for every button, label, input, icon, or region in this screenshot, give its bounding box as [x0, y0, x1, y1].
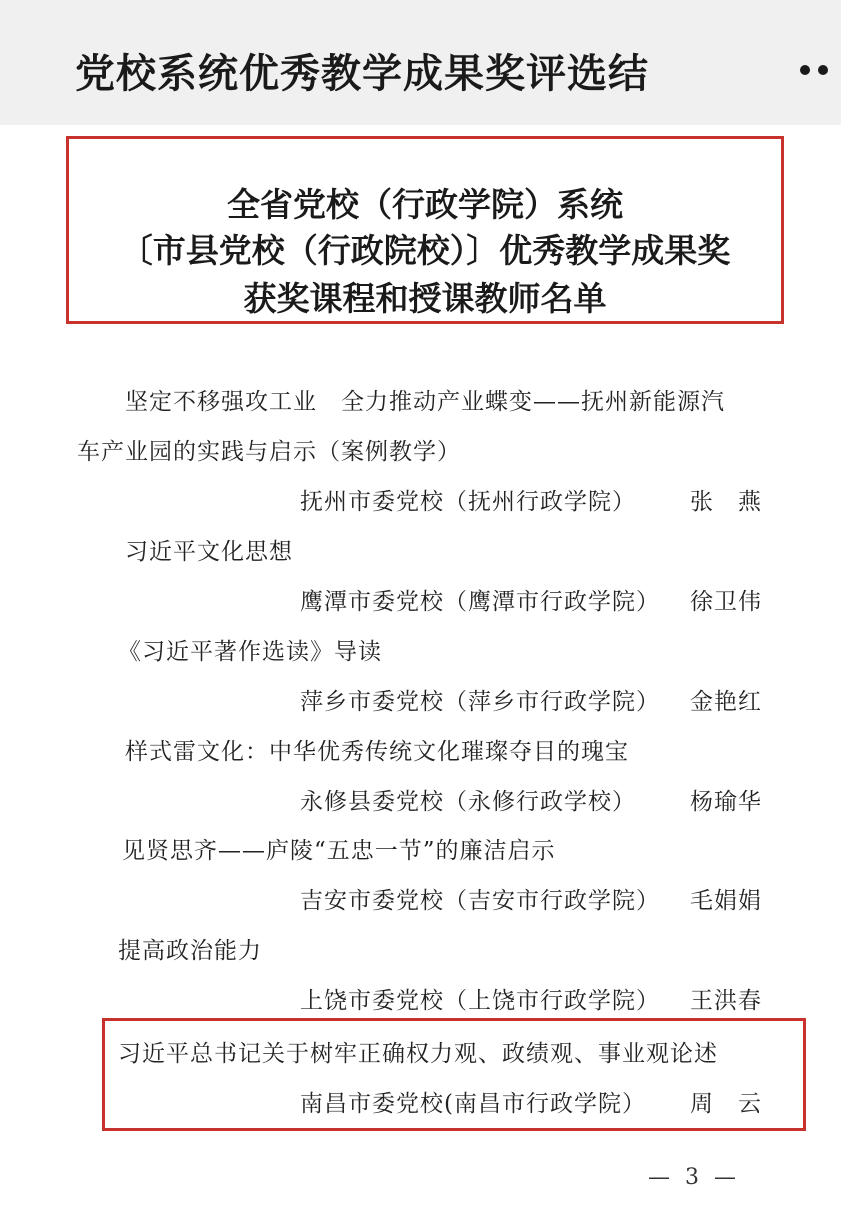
- teacher-name: 张 燕: [652, 483, 762, 516]
- teacher-name: 王洪春: [652, 982, 762, 1015]
- school-name: 南昌市委党校(南昌市行政学院）: [300, 1085, 646, 1118]
- school-name: 永修县委党校（永修行政学校）: [300, 783, 636, 816]
- course-title-continued: 车产业园的实践与启示（案例教学）: [77, 433, 461, 466]
- school-name: 萍乡市委党校（萍乡市行政学院）: [300, 683, 660, 716]
- course-title: 样式雷文化：中华优秀传统文化璀璨夺目的瑰宝: [125, 733, 629, 766]
- teacher-name: 金艳红: [652, 683, 762, 716]
- article-header: 党校系统优秀教学成果奖评选结: [0, 0, 841, 125]
- course-title: 《习近平著作选读》导读: [118, 633, 382, 666]
- document-page: 全省党校（行政学院）系统 〔市县党校（行政院校）〕优秀教学成果奖 获奖课程和授课…: [0, 125, 841, 1211]
- school-name: 鹰潭市委党校（鹰潭市行政学院）: [300, 583, 660, 616]
- more-dots-icon: [818, 65, 828, 75]
- document-title-line-1: 全省党校（行政学院）系统: [69, 179, 781, 226]
- article-title: 党校系统优秀教学成果奖评选结: [75, 42, 755, 99]
- school-name: 抚州市委党校（抚州行政学院）: [300, 483, 636, 516]
- course-title: 见贤思齐——庐陵“五忠一节”的廉洁启示: [122, 832, 556, 865]
- school-name: 上饶市委党校（上饶市行政学院）: [300, 982, 660, 1015]
- teacher-name: 徐卫伟: [652, 583, 762, 616]
- teacher-name: 毛娟娟: [652, 882, 762, 915]
- document-title-box: 全省党校（行政学院）系统 〔市县党校（行政院校）〕优秀教学成果奖 获奖课程和授课…: [66, 136, 784, 324]
- teacher-name: 周 云: [652, 1085, 762, 1118]
- document-title-line-3: 获奖课程和授课教师名单: [69, 273, 781, 320]
- more-options-button[interactable]: [800, 58, 841, 82]
- teacher-name: 杨瑜华: [652, 783, 762, 816]
- course-title: 坚定不移强攻工业 全力推动产业蝶变——抚州新能源汽: [125, 383, 725, 416]
- course-title: 提高政治能力: [118, 932, 262, 965]
- course-title: 习近平文化思想: [125, 533, 293, 566]
- school-name: 吉安市委党校（吉安市行政学院）: [300, 882, 660, 915]
- more-dots-icon: [800, 65, 810, 75]
- page-number: — 3 —: [648, 1165, 740, 1190]
- course-title: 习近平总书记关于树牢正确权力观、政绩观、事业观论述: [118, 1035, 718, 1068]
- document-title-line-2: 〔市县党校（行政院校）〕优秀教学成果奖: [69, 225, 781, 272]
